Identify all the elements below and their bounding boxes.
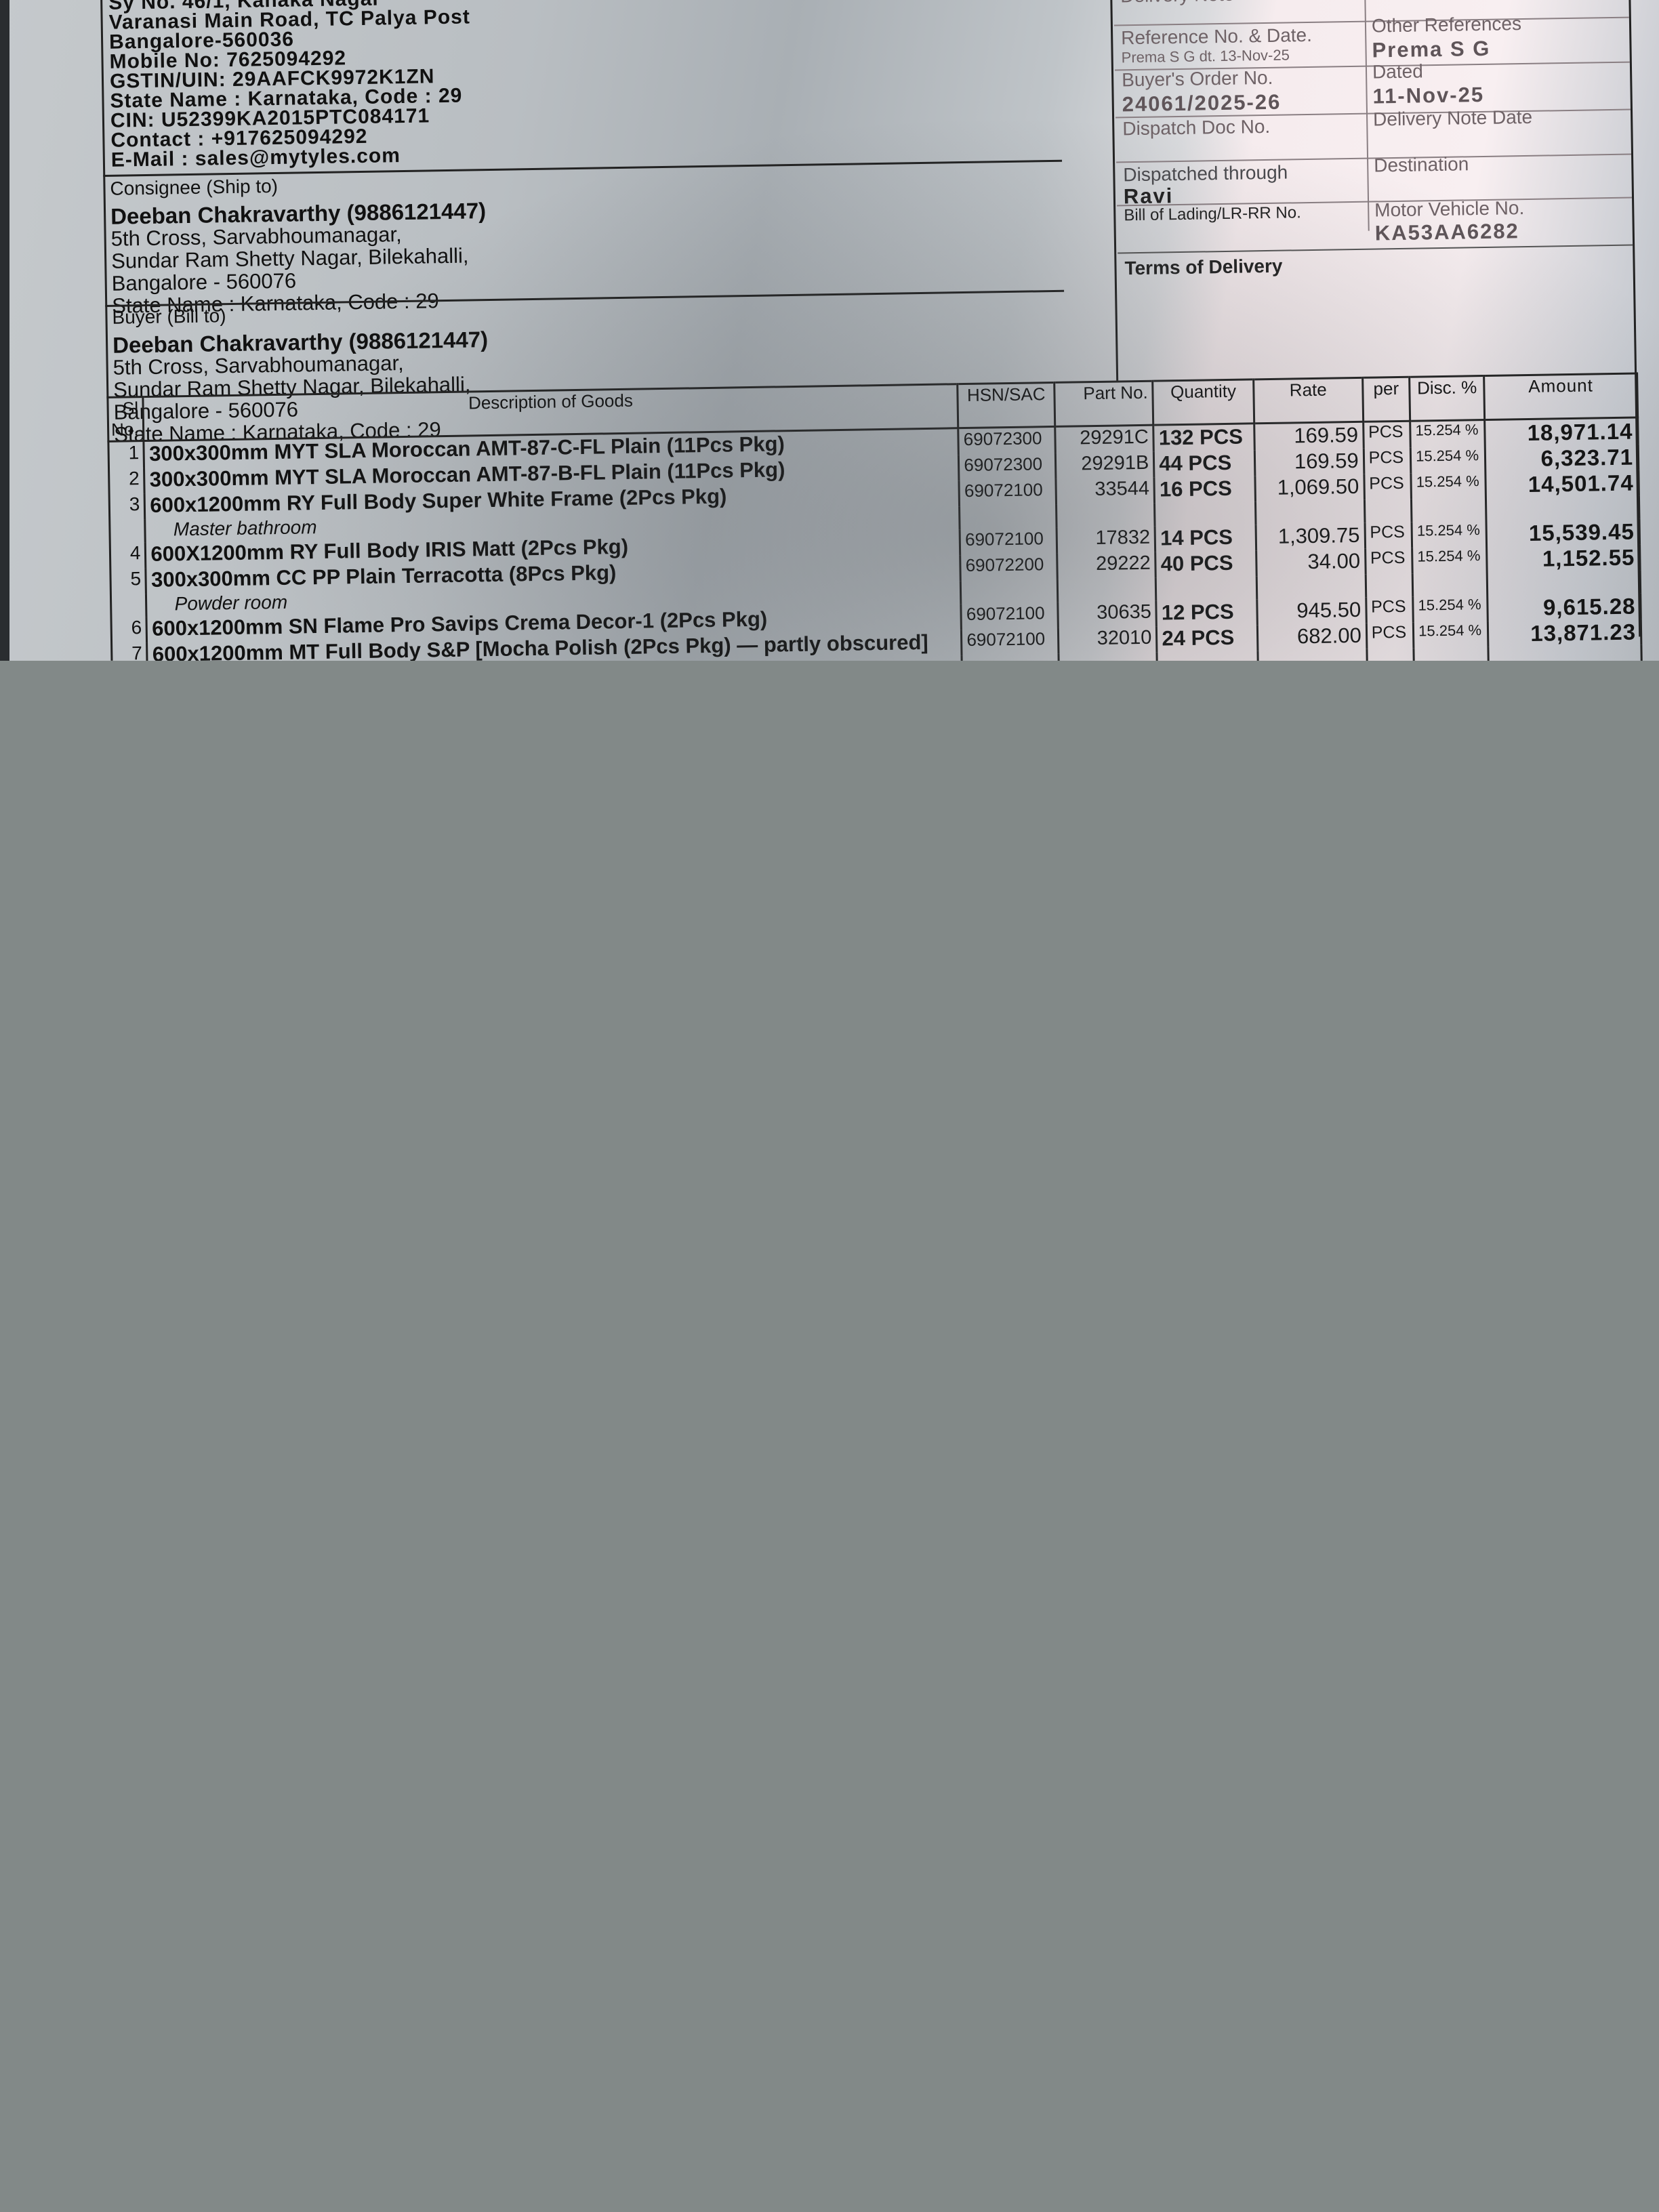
cell-per: PCS (1364, 448, 1411, 474)
empty-cell (1488, 644, 1641, 661)
cell-rate: 169.59 (1254, 449, 1364, 476)
empty-cell (108, 519, 145, 543)
cell-hsn: 69072100 (962, 628, 1059, 655)
cell-amount: 6,323.71 (1486, 444, 1639, 472)
cell-per: PCS (1363, 421, 1410, 449)
cell-hsn: 69072100 (961, 602, 1058, 630)
header-per: per (1362, 377, 1410, 422)
cell-per: PCS (1366, 597, 1413, 623)
terms-of-delivery-label: Terms of Delivery (1124, 255, 1282, 280)
empty-cell (1057, 578, 1156, 602)
cell-part: 33544 (1056, 478, 1155, 505)
buyers-order-value: 24061/2025-26 (1122, 90, 1281, 117)
cell-hsn: 69072300 (958, 426, 1055, 455)
border-middle (1110, 0, 1118, 381)
cell-disc: 15.254 % (1413, 596, 1488, 623)
header-amount: Amount (1484, 373, 1638, 420)
cell-hsn: 69072300 (959, 453, 1056, 480)
cell-amount: 1,152.55 (1487, 544, 1640, 573)
cell-sl: 2 (108, 468, 145, 494)
cell-rate: 1,069.50 (1255, 474, 1364, 502)
cell-amount: 13,871.23 (1488, 619, 1641, 647)
header-hsn: HSN/SAC (958, 382, 1055, 428)
cell-qty: 132 PCS (1153, 424, 1254, 452)
other-references-value: Prema S G (1372, 37, 1490, 63)
empty-cell (962, 654, 1059, 661)
cell-part: 29291B (1056, 452, 1155, 479)
empty-cell (1256, 575, 1366, 600)
cell-qty: 16 PCS (1154, 476, 1255, 503)
paper-edge (0, 0, 9, 661)
buyers-order-label: Buyer's Order No. (1122, 67, 1273, 91)
cell-amount: 14,501.74 (1486, 470, 1639, 498)
cell-qty: 44 PCS (1154, 450, 1255, 477)
header-part-no: Part No. (1054, 381, 1153, 426)
cell-part: 30635 (1058, 601, 1157, 628)
cell-hsn: 69072100 (959, 479, 1056, 506)
motor-vehicle-value: KA53AA6282 (1375, 219, 1520, 245)
cell-per: PCS (1364, 474, 1412, 500)
divider (1118, 245, 1633, 254)
cell-amount: 15,539.45 (1486, 518, 1639, 547)
cell-qty: 14 PCS (1155, 525, 1256, 552)
empty-cell (1059, 653, 1158, 661)
seller-line: E-Mail : sales@mytyles.com (111, 144, 473, 169)
items-table: Sl No. Description of Goods HSN/SAC Part… (106, 372, 1643, 661)
cell-per: PCS (1365, 523, 1412, 549)
cell-sl: 3 (108, 493, 146, 520)
empty-cell (1412, 498, 1487, 523)
cell-qty: 24 PCS (1157, 625, 1258, 652)
cell-rate: 682.00 (1257, 623, 1366, 651)
cell-part: 29222 (1057, 552, 1156, 579)
bill-of-lading-label: Bill of Lading/LR-RR No. (1124, 203, 1301, 225)
reference-label: Reference No. & Date. (1121, 24, 1312, 49)
cell-disc: 15.254 % (1412, 547, 1488, 574)
motor-vehicle-label: Motor Vehicle No. (1374, 197, 1524, 221)
cell-sl: 5 (109, 568, 146, 594)
empty-cell (110, 594, 146, 617)
empty-cell (1367, 649, 1414, 661)
invoice-photo: Sy No. 46/1, Kanaka NagarVaranasi Main R… (0, 0, 1659, 661)
reference-value: Prema S G dt. 13-Nov-25 (1121, 46, 1290, 66)
cell-disc: 15.254 % (1410, 447, 1486, 474)
tax-invoice: Sy No. 46/1, Kanaka NagarVaranasi Main R… (100, 0, 1642, 661)
cell-amount: 18,971.14 (1485, 417, 1638, 447)
header-disc: Disc. % (1410, 375, 1485, 421)
cell-disc: 15.254 % (1412, 521, 1487, 548)
cell-sl: 7 (110, 642, 148, 661)
empty-cell (1157, 651, 1258, 661)
destination-label: Destination (1374, 153, 1469, 176)
cell-sl: 6 (110, 617, 147, 643)
cell-disc: 15.254 % (1413, 621, 1488, 649)
dated-label: Dated (1372, 60, 1423, 83)
header-sl: Sl No. (106, 397, 144, 442)
cell-qty: 40 PCS (1155, 550, 1256, 577)
empty-cell (1366, 574, 1413, 598)
cell-disc: 15.254 % (1410, 419, 1486, 447)
cell-rate: 169.59 (1254, 422, 1364, 450)
empty-cell (1364, 499, 1412, 523)
redaction-overlay (0, 661, 1659, 2212)
cell-per: PCS (1366, 623, 1414, 649)
empty-cell (1255, 500, 1364, 525)
cell-sl: 1 (107, 441, 144, 468)
cell-disc: 15.254 % (1411, 472, 1486, 499)
empty-cell (961, 579, 1058, 604)
empty-cell (1412, 573, 1488, 597)
cell-part: 32010 (1059, 627, 1158, 654)
delivery-note-label: Delivery Note (1120, 0, 1235, 7)
empty-cell (1488, 570, 1641, 596)
header-rate: Rate (1254, 377, 1364, 424)
cell-hsn: 69072200 (960, 554, 1057, 581)
cell-part: 29291C (1055, 425, 1154, 453)
seller-block: Sy No. 46/1, Kanaka NagarVaranasi Main R… (108, 0, 472, 170)
cell-part: 17832 (1057, 527, 1155, 554)
delivery-note-date-label: Delivery Note Date (1373, 106, 1532, 131)
empty-cell (1258, 649, 1367, 661)
cell-hsn: 69072100 (960, 528, 1057, 555)
empty-cell (960, 505, 1057, 529)
empty-cell (1156, 576, 1257, 600)
dated-value: 11-Nov-25 (1372, 83, 1484, 109)
empty-cell (1155, 501, 1256, 526)
header-quantity: Quantity (1153, 380, 1254, 425)
consignee-block: Consignee (Ship to) Deeban Chakravarthy … (110, 171, 487, 317)
cell-rate: 945.50 (1257, 598, 1366, 626)
cell-per: PCS (1365, 548, 1412, 575)
cell-qty: 12 PCS (1156, 599, 1257, 626)
cell-amount: 9,615.28 (1488, 593, 1641, 621)
empty-cell (1057, 504, 1155, 528)
other-references-label: Other References (1372, 13, 1521, 37)
cell-sl: 4 (109, 542, 146, 569)
cell-rate: 34.00 (1256, 549, 1366, 577)
meta-divider (1364, 0, 1370, 231)
empty-cell (1414, 647, 1489, 661)
empty-cell (1486, 495, 1639, 521)
cell-rate: 1,309.75 (1256, 523, 1365, 551)
dispatched-through-label: Dispatched through (1123, 162, 1288, 186)
dispatch-doc-label: Dispatch Doc No. (1122, 116, 1270, 140)
